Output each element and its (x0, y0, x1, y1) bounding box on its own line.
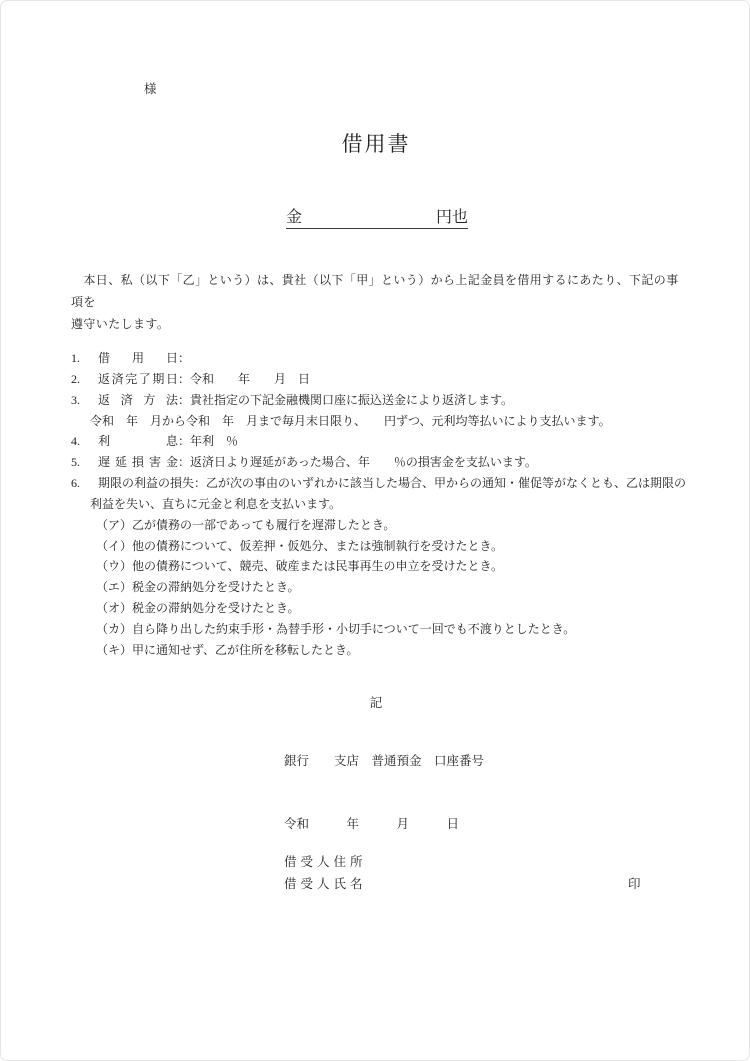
clause-list: 1.借用日： 2.返済完了期日：令和 年 月 日 3.返済方法：貴社指定の下記金… (71, 348, 693, 661)
clause-row: 1.借用日： (71, 348, 693, 369)
clause-subitem: （ア）乙が債務の一部であっても履行を遅滞したとき。 (71, 515, 693, 536)
amount-suffix: 円也 (436, 204, 468, 227)
clause-subitem: （エ）税金の滞納処分を受けたとき。 (71, 577, 693, 598)
borrower-address-label: 借受人住所 (284, 852, 367, 870)
clause-row: 2.返済完了期日：令和 年 月 日 (71, 369, 693, 390)
note-marker: 記 (1, 693, 750, 711)
clause-text: ：年利 ％ (178, 434, 238, 448)
clause-subitem: （キ）甲に通知せず、乙が住所を移転したとき。 (71, 640, 693, 661)
clause-text: ：返済日より遅延があった場合、年 ％の損害金を支払います。 (178, 455, 537, 469)
clause-text: ： (178, 351, 190, 365)
clause-continuation: 令和 年 月から令和 年 月まで毎月末日限り、 円ずつ、元利均等払いにより支払い… (71, 411, 693, 432)
intro-line: 遵守いたします。 (71, 313, 687, 335)
page-title: 借用書 (1, 128, 750, 158)
clause-number: 5. (71, 452, 98, 473)
clause-subitem: （カ）自ら降り出した約束手形・為替手形・小切手について一回でも不渡りとしたとき。 (71, 619, 693, 640)
clause-row: 4.利息：年利 ％ (71, 431, 693, 452)
clause-text: ：令和 年 月 日 (178, 372, 310, 386)
clause-number: 1. (71, 348, 98, 369)
document-page: 様 借用書 金 円也 本日、私（以下「乙」という）は、貴社（以下「甲」という）か… (0, 0, 750, 1061)
clause-subitem: （イ）他の債務について、仮差押・仮処分、または強制執行を受けたとき。 (71, 536, 693, 557)
clause-label: 利息 (98, 431, 178, 452)
clause-label: 借用日 (98, 348, 178, 369)
intro-paragraph: 本日、私（以下「乙」という）は、貴社（以下「甲」という）から上記金員を借用するに… (71, 269, 687, 335)
amount-blank-line: 金 円也 (286, 201, 468, 229)
addressee-suffix: 様 (144, 79, 157, 97)
bank-account-line: 銀行 支店 普通預金 口座番号 (284, 751, 484, 769)
clause-continuation: 利益を失い、直ちに元金と利息を支払います。 (71, 494, 693, 515)
clause-number: 3. (71, 390, 98, 411)
clause-text: ：貴社指定の下記金融機関口座に振込送金により返済します。 (178, 393, 513, 407)
date-line: 令和 年 月 日 (284, 814, 459, 832)
clause-row: 3.返済方法：貴社指定の下記金融機関口座に振込送金により返済します。 (71, 390, 693, 411)
borrower-name-label: 借受人氏名 (284, 874, 367, 892)
clause-label: 返済完了期日 (98, 369, 178, 390)
clause-label: 返済方法 (98, 390, 178, 411)
clause-number: 4. (71, 431, 98, 452)
intro-line: 本日、私（以下「乙」という）は、貴社（以下「甲」という）から上記金員を借用するに… (71, 269, 687, 313)
clause-row: 6.期限の利益の損失：乙が次の事由のいずれかに該当した場合、甲からの通知・催促等… (71, 473, 693, 494)
clause-text: ：乙が次の事由のいずれかに該当した場合、甲からの通知・催促等がなくとも、乙は期限… (194, 476, 686, 490)
clause-subitem: （オ）税金の滞納処分を受けたとき。 (71, 598, 693, 619)
clause-number: 2. (71, 369, 98, 390)
clause-label: 期限の利益の損失 (98, 476, 194, 490)
amount-prefix: 金 (286, 204, 302, 227)
clause-number: 6. (71, 473, 98, 494)
clause-row: 5.遅延損害金：返済日より遅延があった場合、年 ％の損害金を支払います。 (71, 452, 693, 473)
clause-subitem: （ウ）他の債務について、競売、破産または民事再生の申立を受けたとき。 (71, 556, 693, 577)
clause-label: 遅延損害金 (98, 452, 178, 473)
seal-label: 印 (628, 874, 641, 892)
